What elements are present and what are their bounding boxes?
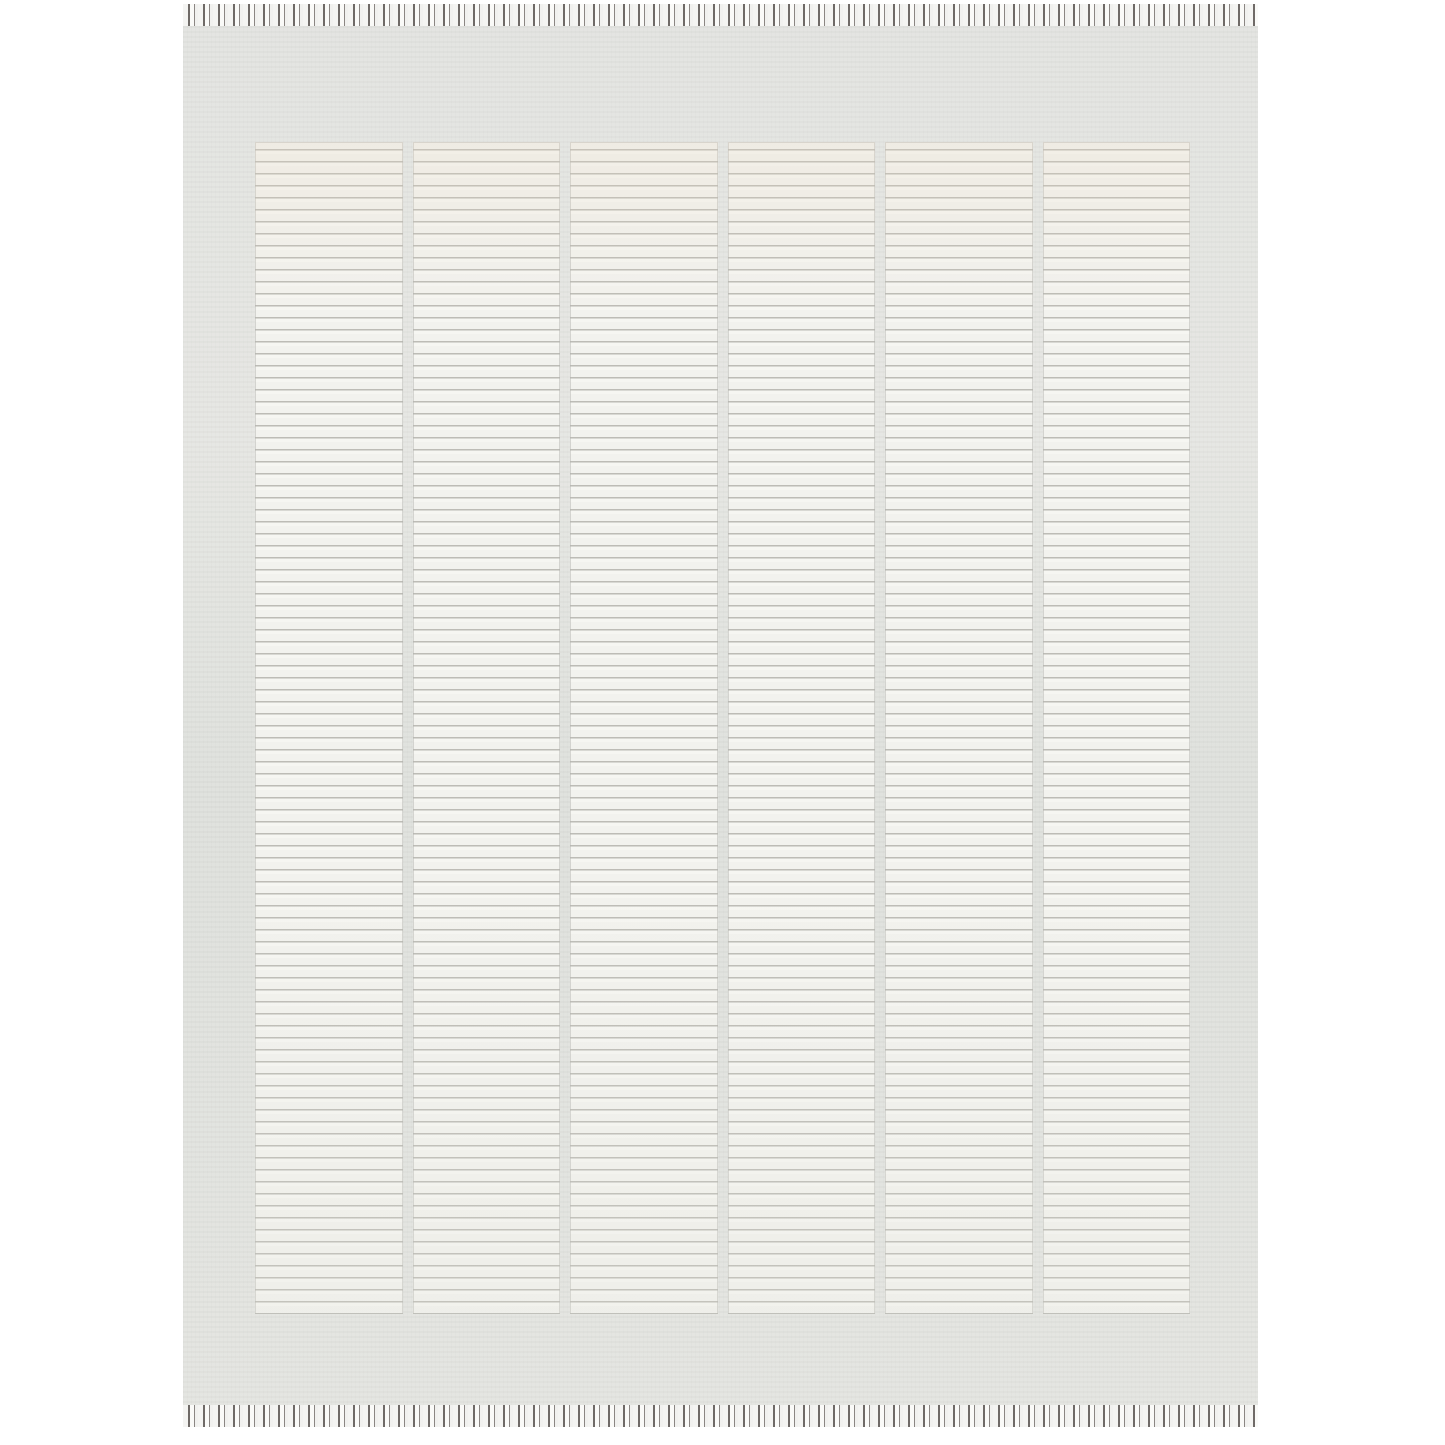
pile-column — [728, 142, 876, 1314]
pile-column — [570, 142, 718, 1314]
pile-field — [255, 142, 1190, 1314]
pile-column — [1043, 142, 1191, 1314]
pile-column — [413, 142, 561, 1314]
pile-column — [255, 142, 403, 1314]
pile-column — [885, 142, 1033, 1314]
bottom-fringe — [183, 1405, 1258, 1427]
top-fringe — [183, 4, 1258, 26]
